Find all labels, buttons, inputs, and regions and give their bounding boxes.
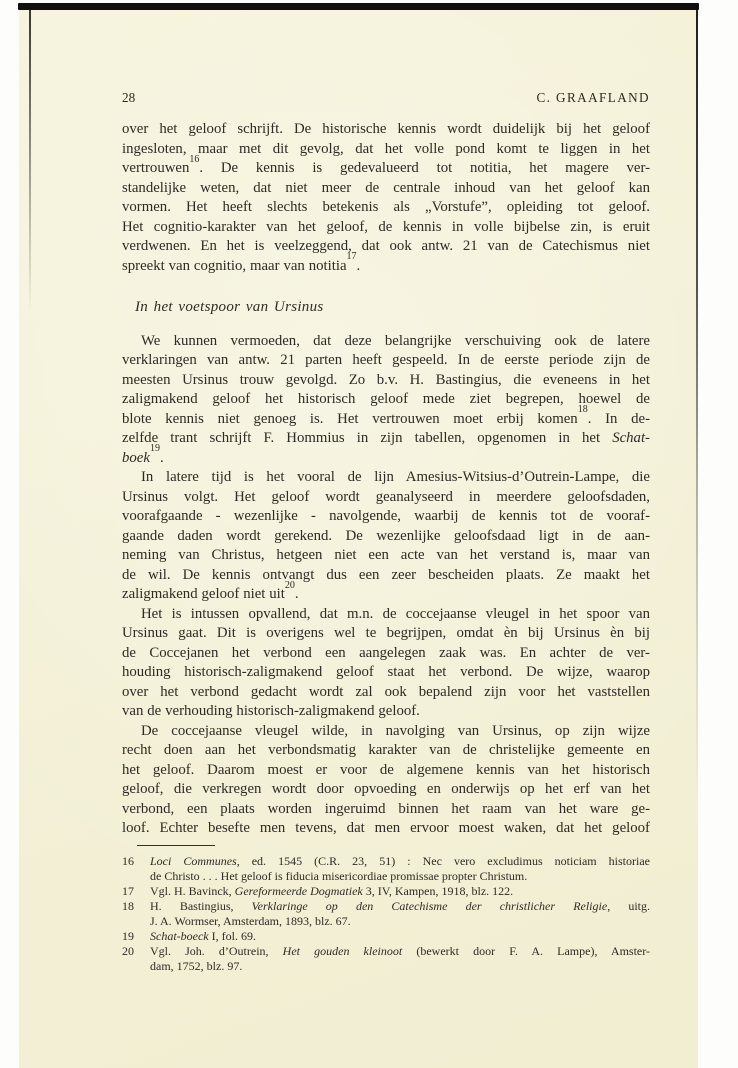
footnote-text: Schat-boeck I, fol. 69. (150, 929, 650, 944)
page-header: 28 C. GRAAFLAND (122, 90, 650, 106)
footnote-reference: 16 (189, 154, 199, 165)
text-line: houding historisch-zaligmakend geloof st… (122, 663, 650, 683)
text-line: de Coccejanen het verbond een aangelegen… (122, 644, 650, 664)
footnote-line: Schat-boeck I, fol. 69. (150, 929, 650, 944)
text-line: de wil. De kennis ontvangt dus een zeer … (122, 566, 650, 586)
section-heading: In het voetspoor van Ursinus (135, 298, 650, 318)
text-line: verklaringen van antw. 21 parten heeft g… (122, 351, 650, 371)
italic-text: Verklaringe op den Catechisme der christ… (252, 899, 608, 913)
footnote-reference: 17 (347, 251, 357, 262)
text-line: over het geloof schrijft. De historische… (122, 120, 650, 140)
footnote-number: 18 (122, 899, 150, 929)
paragraph: over het geloof schrijft. De historische… (122, 120, 650, 276)
paragraph: In latere tijd is het vooral de lijn Ame… (122, 468, 650, 605)
footnote-line: H. Bastingius, Verklaringe op den Catech… (150, 899, 650, 914)
text-line: blote kennis niet genoeg is. Het vertrou… (122, 410, 650, 430)
paragraph: De coccejaanse vleugel wilde, in navolgi… (122, 722, 650, 839)
running-head: C. GRAAFLAND (536, 90, 650, 106)
text-line: meesten Ursinus trouw gevolgd. Zo b.v. H… (122, 371, 650, 391)
italic-text: Gereformeerde Dogmatiek (235, 884, 363, 898)
text-line: van de verhouding historisch-zaligmakend… (122, 702, 650, 722)
footnote-reference: 18 (578, 404, 588, 415)
paragraph: Het is intussen opvallend, dat m.n. de c… (122, 605, 650, 722)
footnote: 18H. Bastingius, Verklaringe op den Cate… (122, 899, 650, 929)
footnote-text: Vgl. H. Bavinck, Gereformeerde Dogmatiek… (150, 884, 650, 899)
footnote: 16Loci Communes, ed. 1545 (C.R. 23, 51) … (122, 854, 650, 884)
text-line: voorafgaande - wezenlijke - navolgende, … (122, 507, 650, 527)
text-line: vertrouwen16. De kennis is gedevalueerd … (122, 159, 650, 179)
text-line: neming van Christus, hetgeen niet een ac… (122, 546, 650, 566)
footnote: 19Schat-boeck I, fol. 69. (122, 929, 650, 944)
page-column: 28 C. GRAAFLAND over het geloof schrijft… (122, 90, 650, 974)
footnote-section: 16Loci Communes, ed. 1545 (C.R. 23, 51) … (122, 854, 650, 974)
footnote-line: Loci Communes, ed. 1545 (C.R. 23, 51) : … (150, 854, 650, 869)
page-paper: 28 C. GRAAFLAND over het geloof schrijft… (19, 10, 698, 1068)
footnote: 17Vgl. H. Bavinck, Gereformeerde Dogmati… (122, 884, 650, 899)
text-line: In latere tijd is het vooral de lijn Ame… (122, 468, 650, 488)
text-line: boek19. (122, 449, 650, 469)
paragraph: We kunnen vermoeden, dat deze belangrijk… (122, 332, 650, 469)
text-line: geloof, die verkregen wordt door opvoedi… (122, 780, 650, 800)
footnote-line: de Christo . . . Het geloof is fiducia m… (150, 869, 650, 884)
scan-top-edge (18, 3, 699, 10)
text-line: loof. Echter besefte men tevens, dat men… (122, 819, 650, 839)
footnote-line: dam, 1752, blz. 97. (150, 959, 650, 974)
footnote-line: J. A. Wormser, Amsterdam, 1893, blz. 67. (150, 914, 650, 929)
footnote-line: Vgl. Joh. d’Outrein, Het gouden kleinoot… (150, 944, 650, 959)
page-edge-shadow-left (29, 10, 31, 310)
text-line: verbond, een plaats worden ingeruimd bin… (122, 800, 650, 820)
text-line: Het is intussen opvallend, dat m.n. de c… (122, 605, 650, 625)
text-line: standelijke weten, dat niet meer de cent… (122, 179, 650, 199)
page-body: over het geloof schrijft. De historische… (122, 120, 650, 839)
footnote-number: 16 (122, 854, 150, 884)
footnote-divider (137, 845, 215, 846)
footnote: 20Vgl. Joh. d’Outrein, Het gouden kleino… (122, 944, 650, 974)
text-line: zaligmakend geloof niet uit20. (122, 585, 650, 605)
footnote-number: 20 (122, 944, 150, 974)
scanned-book-page: 28 C. GRAAFLAND over het geloof schrijft… (0, 0, 738, 1068)
footnote-number: 19 (122, 929, 150, 944)
italic-text: Schat-boeck (150, 929, 209, 943)
text-line: Het cognitio-karakter van het geloof, de… (122, 218, 650, 238)
text-line: Ursinus volgt. Het geloof wordt geanalys… (122, 488, 650, 508)
footnote-reference: 20 (285, 580, 295, 591)
footnote-reference: 19 (150, 443, 160, 454)
text-line: het geloof. Daarom moest er voor de alge… (122, 761, 650, 781)
text-line: recht doen aan het verbondsmatig karakte… (122, 741, 650, 761)
text-line: De coccejaanse vleugel wilde, in navolgi… (122, 722, 650, 742)
text-line: vormen. Het heeft slechts betekenis als … (122, 198, 650, 218)
italic-text: Het gouden kleinoot (283, 944, 403, 958)
page-number: 28 (122, 90, 135, 106)
text-line: spreekt van cognitio, maar van notitia17… (122, 257, 650, 277)
footnote-text: H. Bastingius, Verklaringe op den Catech… (150, 899, 650, 929)
text-line: ingesloten, maar met dit gevolg, dat het… (122, 140, 650, 160)
text-line: verdwenen. En het is veelzeggend, dat oo… (122, 237, 650, 257)
italic-text: Schat- (612, 430, 650, 446)
footnote-number: 17 (122, 884, 150, 899)
page-edge-shadow-right (696, 10, 698, 800)
text-line: We kunnen vermoeden, dat deze belangrijk… (122, 332, 650, 352)
footnote-text: Vgl. Joh. d’Outrein, Het gouden kleinoot… (150, 944, 650, 974)
footnote-line: Vgl. H. Bavinck, Gereformeerde Dogmatiek… (150, 884, 650, 899)
text-line: zelfde trant schrijft F. Hommius in zijn… (122, 429, 650, 449)
text-line: gaande daden wordt gerekend. De wezenlij… (122, 527, 650, 547)
italic-text: boek (122, 450, 150, 466)
text-line: Ursinus gaat. Dit is overigens wel te be… (122, 624, 650, 644)
text-line: zaligmakend geloof het historisch geloof… (122, 390, 650, 410)
text-line: over het verbond gedacht wordt zal ook b… (122, 683, 650, 703)
footnote-text: Loci Communes, ed. 1545 (C.R. 23, 51) : … (150, 854, 650, 884)
italic-text: Loci Communes (150, 854, 237, 868)
